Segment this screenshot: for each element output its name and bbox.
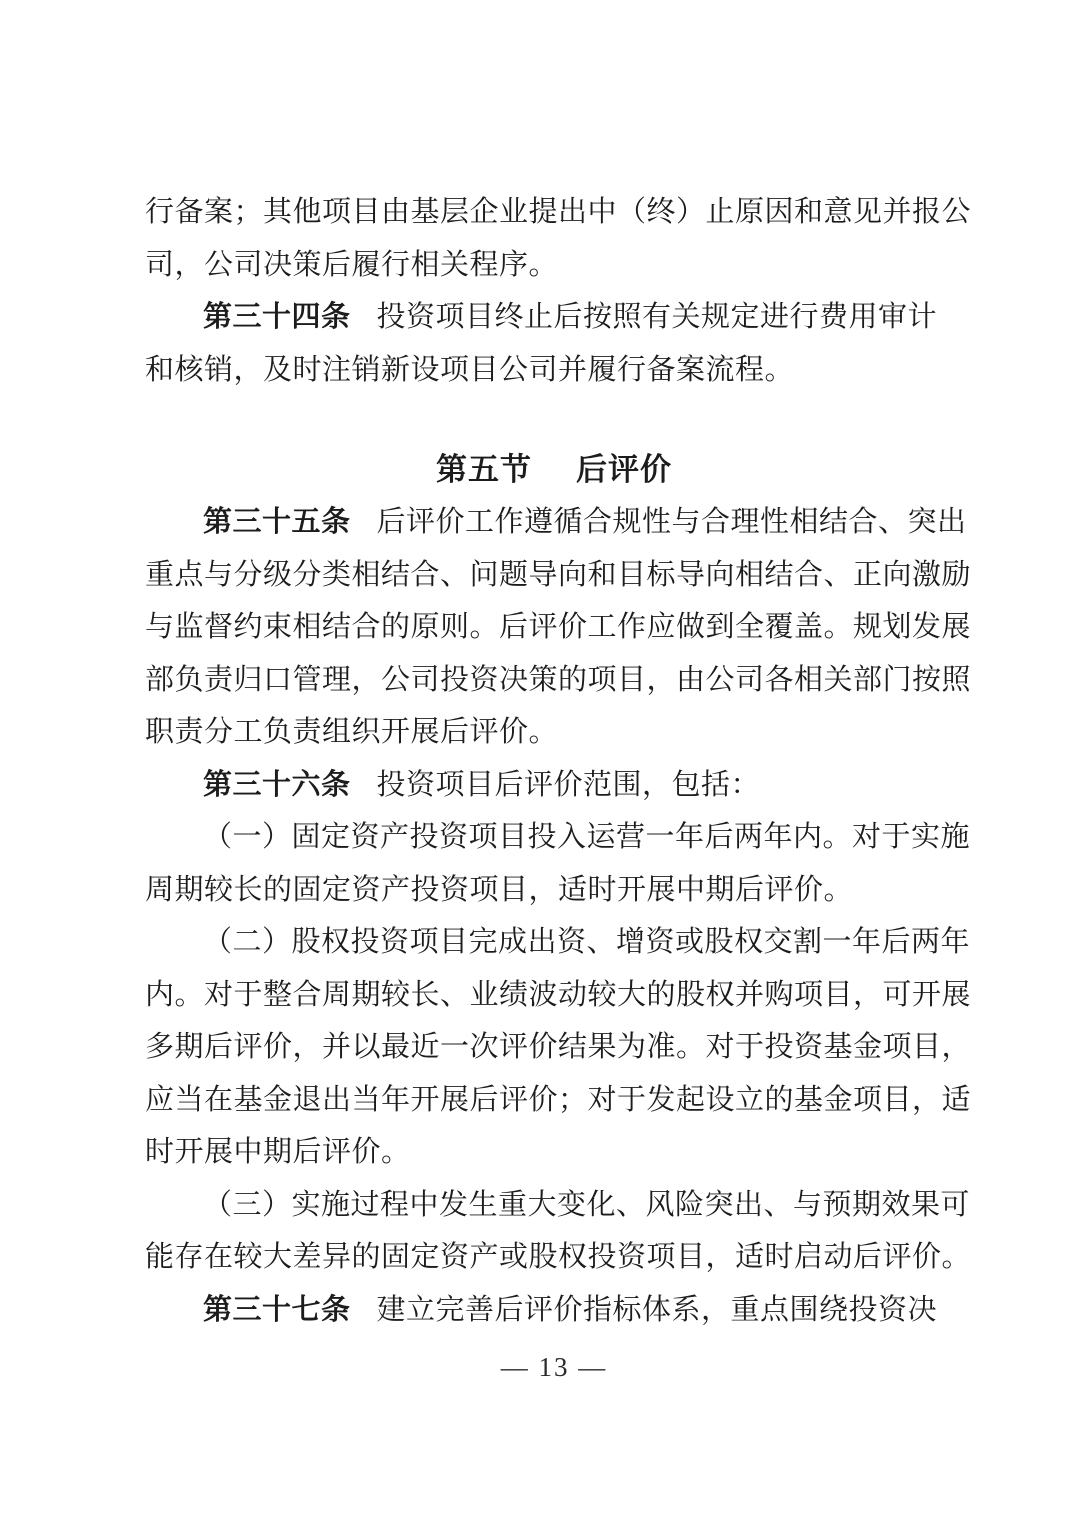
line-text: 职责分工负责组织开展后评价。 <box>145 716 558 748</box>
text-line: 第三十四条投资项目终止后按照有关规定进行费用审计 <box>145 291 963 344</box>
text-line: 周期较长的固定资产投资项目，适时开展中期后评价。 <box>145 864 963 917</box>
text-line: 第三十七条建立完善后评价指标体系，重点围绕投资决 <box>145 1284 963 1337</box>
line-text: 和核销，及时注销新设项目公司并履行备案流程。 <box>145 354 794 386</box>
line-text: 与监督约束相结合的原则。后评价工作应做到全覆盖。规划发展 <box>145 611 971 643</box>
text-line: 第三十五条后评价工作遵循合规性与合理性相结合、突出 <box>145 496 963 549</box>
line-text: 能存在较大差异的固定资产或股权投资项目，适时启动后评价。 <box>145 1241 971 1273</box>
line-text: 后评价工作遵循合规性与合理性相结合、突出 <box>377 506 967 538</box>
line-text: 建立完善后评价指标体系，重点围绕投资决 <box>377 1294 938 1326</box>
line-text: 行备案；其他项目由基层企业提出中（终）止原因和意见并报公 <box>145 196 971 228</box>
text-line: 时开展中期后评价。 <box>145 1126 963 1179</box>
text-line: 行备案；其他项目由基层企业提出中（终）止原因和意见并报公 <box>145 186 963 239</box>
text-line: 内。对于整合周期较长、业绩波动较大的股权并购项目，可开展 <box>145 969 963 1022</box>
text-line: （三）实施过程中发生重大变化、风险突出、与预期效果可 <box>145 1179 963 1232</box>
article-number: 第三十六条 <box>203 769 351 801</box>
line-text: （二）股权投资项目完成出资、增资或股权交割一年后两年 <box>203 926 970 958</box>
article-number: 第三十五条 <box>203 506 351 538</box>
line-text: 司，公司决策后履行相关程序。 <box>145 249 558 281</box>
line-text: 投资项目后评价范围，包括： <box>377 769 761 801</box>
text-line: 司，公司决策后履行相关程序。 <box>145 239 963 292</box>
article-number: 第三十七条 <box>203 1294 351 1326</box>
line-text: 重点与分级分类相结合、问题导向和目标导向相结合、正向激励 <box>145 559 971 591</box>
text-line: 能存在较大差异的固定资产或股权投资项目，适时启动后评价。 <box>145 1231 963 1284</box>
document-body: 行备案；其他项目由基层企业提出中（终）止原因和意见并报公 司，公司决策后履行相关… <box>145 186 963 1336</box>
section-heading: 第五节后评价 <box>145 443 963 496</box>
line-text: 多期后评价，并以最近一次评价结果为准。对于投资基金项目， <box>145 1031 971 1063</box>
section-title: 后评价 <box>576 452 672 487</box>
page-number: — 13 — <box>145 1352 963 1383</box>
line-text: 投资项目终止后按照有关规定进行费用审计 <box>377 301 938 333</box>
line-text: 周期较长的固定资产投资项目，适时开展中期后评价。 <box>145 874 853 906</box>
line-text: （三）实施过程中发生重大变化、风险突出、与预期效果可 <box>203 1189 970 1221</box>
text-line: 重点与分级分类相结合、问题导向和目标导向相结合、正向激励 <box>145 549 963 602</box>
text-line: 部负责归口管理，公司投资决策的项目，由公司各相关部门按照 <box>145 654 963 707</box>
line-text: 应当在基金退出当年开展后评价；对于发起设立的基金项目，适 <box>145 1084 971 1116</box>
line-text: （一）固定资产投资项目投入运营一年后两年内。对于实施 <box>203 821 970 853</box>
text-line: 第三十六条投资项目后评价范围，包括： <box>145 759 963 812</box>
text-line: （一）固定资产投资项目投入运营一年后两年内。对于实施 <box>145 811 963 864</box>
line-text: 部负责归口管理，公司投资决策的项目，由公司各相关部门按照 <box>145 664 971 696</box>
text-line: 应当在基金退出当年开展后评价；对于发起设立的基金项目，适 <box>145 1074 963 1127</box>
text-line: 职责分工负责组织开展后评价。 <box>145 706 963 759</box>
line-text: 时开展中期后评价。 <box>145 1136 411 1168</box>
article-number: 第三十四条 <box>203 301 351 333</box>
text-line: 和核销，及时注销新设项目公司并履行备案流程。 <box>145 344 963 397</box>
section-label: 第五节 <box>436 452 532 487</box>
document-page: 行备案；其他项目由基层企业提出中（终）止原因和意见并报公 司，公司决策后履行相关… <box>0 0 1080 1527</box>
line-text: 内。对于整合周期较长、业绩波动较大的股权并购项目，可开展 <box>145 979 971 1011</box>
text-line: （二）股权投资项目完成出资、增资或股权交割一年后两年 <box>145 916 963 969</box>
text-line: 多期后评价，并以最近一次评价结果为准。对于投资基金项目， <box>145 1021 963 1074</box>
text-line: 与监督约束相结合的原则。后评价工作应做到全覆盖。规划发展 <box>145 601 963 654</box>
